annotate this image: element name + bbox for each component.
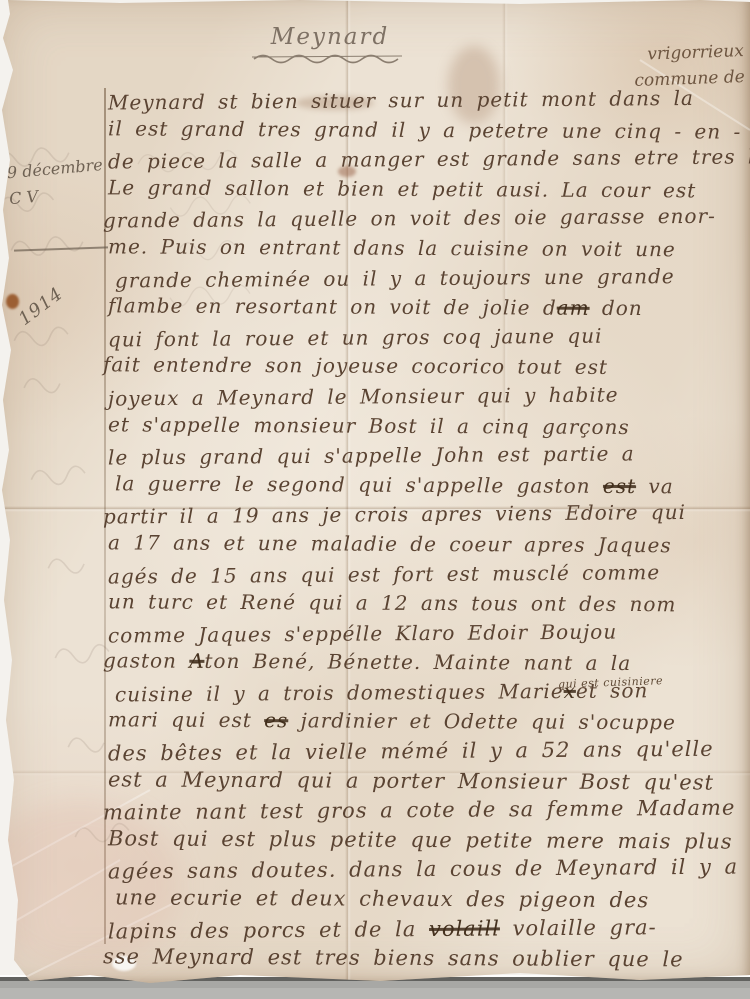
line-text: un turc et René qui a 12 ans tous ont de… [108, 589, 676, 616]
line-text: a 17 ans et une maladie de coeur apres J… [108, 530, 672, 557]
letter-body: Meynard st bien situer sur un petit mont… [108, 88, 748, 976]
line-text: Bost qui est plus petite que petite mere… [108, 826, 733, 853]
line-text: lapins des porcs et de la [108, 917, 429, 944]
line-text: le plus grand qui s'appelle John est par… [108, 442, 635, 470]
letter-line: des bêtes et la vielle mémé il y a 52 an… [108, 737, 748, 772]
line-text: des bêtes et la vielle mémé il y a 52 an… [108, 737, 714, 766]
letter-line: grande dans la quelle on voit des oie ga… [103, 204, 748, 239]
letter-line: a 17 ans et une maladie de coeur apres J… [108, 530, 748, 563]
letter-line: agées sans doutes. dans la cous de Meyna… [108, 855, 748, 890]
letter-line: grande cheminée ou il y a toujours une g… [115, 263, 748, 298]
letter-line: Meynard st bien situer sur un petit mont… [108, 85, 748, 120]
letter-line: le plus grand qui s'appelle John est par… [108, 441, 748, 476]
letter-line: qui font la roue et un gros coq jaune qu… [108, 322, 748, 357]
letter-line: fait entendre son joyeuse cocorico tout … [103, 353, 748, 386]
line-text: est a Meynard qui a porter Monsieur Bost… [108, 767, 714, 794]
line-text: joyeux a Meynard le Monsieur qui y habit… [108, 382, 619, 410]
letter-line: me. Puis on entrant dans la cuisine on v… [108, 234, 748, 267]
letter-line: de piece la salle a manger est grande sa… [108, 145, 748, 180]
letter-line: flambe en resortant on voit de jolie dam… [108, 293, 748, 326]
line-text: de piece la salle a manger est grande sa… [108, 144, 750, 173]
title-underline-squiggle [252, 52, 408, 64]
line-text: ton Bené, Bénette. Mainte nant a la [204, 649, 631, 675]
rust-spot [6, 294, 19, 309]
margin-date-note: 9 décembre C V [6, 152, 108, 212]
letter-line: partir il a 19 ans je crois apres viens … [103, 500, 748, 535]
struck-word: volaill [429, 916, 500, 941]
line-text: mainte nant test gros a cote de sa femme… [103, 796, 736, 825]
letter-line: il est grand tres grand il y a petetre u… [108, 116, 748, 149]
letter-line: lapins des porcs et de la volaill volail… [108, 914, 748, 949]
line-text: agés de 15 ans qui est fort est musclé c… [108, 560, 660, 588]
line-text: cuisine il y a trois domestiques Marie [115, 679, 564, 707]
letter-line: cuisine il y a trois domestiques Mariexe… [115, 677, 748, 712]
struck-word: est [603, 474, 636, 498]
line-text: Meynard st bien situer sur un petit mont… [108, 86, 694, 115]
line-text: volaille gra- [500, 915, 657, 940]
line-text: une ecurie et deux chevaux des pigeon de… [115, 885, 649, 912]
letter-line: sse Meynard est tres biens sans oublier … [103, 945, 748, 978]
letter-line: agés de 15 ans qui est fort est musclé c… [108, 559, 748, 594]
letter-title: Meynard [238, 24, 422, 50]
line-text: fait entendre son joyeuse cocorico tout … [103, 353, 608, 380]
letter-line: un turc et René qui a 12 ans tous ont de… [108, 589, 748, 622]
line-text: me. Puis on entrant dans la cuisine on v… [108, 234, 676, 261]
letter-line: mainte nant test gros a cote de sa femme… [103, 796, 748, 831]
letter-line: joyeux a Meynard le Monsieur qui y habit… [108, 381, 748, 416]
line-text: partir il a 19 ans je crois apres viens … [103, 500, 686, 529]
line-text: la guerre le segond qui s'appelle gaston [115, 471, 603, 498]
line-text: il est grand tres grand il y a petetre u… [108, 116, 750, 144]
line-text: comme Jaques s'eppélle Klaro Edoir Boujo… [108, 619, 617, 647]
letter-line: est a Meynard qui a porter Monsieur Bost… [108, 767, 748, 800]
struck-word: es [264, 709, 288, 733]
letter-line: Le grand sallon et bien et petit ausi. L… [108, 175, 748, 208]
line-text: agées sans doutes. dans la cous de Meyna… [108, 855, 738, 884]
line-text: va [636, 474, 674, 498]
line-text: gaston [103, 649, 189, 673]
line-text: grande dans la quelle on voit des oie ga… [103, 204, 716, 233]
struck-word: x [564, 679, 576, 703]
struck-word: A [189, 649, 204, 673]
letter-line: une ecurie et deux chevaux des pigeon de… [115, 885, 748, 918]
line-text: sse Meynard est tres biens sans oublier … [103, 945, 684, 972]
corner-annotation-line1: vrigorrieux [633, 38, 744, 68]
line-text: jardinier et Odette qui s'ocuppe [288, 709, 676, 735]
line-text: don [590, 296, 643, 320]
line-text: et s'appelle monsieur Bost il a cinq gar… [108, 412, 630, 439]
margin-year-note: 1914 [15, 283, 67, 330]
margin-underline-mark [14, 246, 108, 251]
letter-line: gaston Aton Bené, Bénette. Mainte nant a… [103, 649, 748, 682]
line-text: grande cheminée ou il y a toujours une g… [115, 264, 675, 292]
letter-line: la guerre le segond qui s'appelle gaston… [115, 471, 748, 504]
scanned-letter-photo: Meynard vrigorrieux commune de 9 décembr… [0, 0, 750, 999]
letter-line: et s'appelle monsieur Bost il a cinq gar… [108, 412, 748, 445]
line-text: qui font la roue et un gros coq jaune qu… [108, 323, 603, 351]
letter-line: mari qui est es jardinier et Odette qui … [108, 708, 748, 741]
line-text: et son [576, 678, 649, 703]
line-text: mari qui est [108, 708, 264, 733]
struck-word: am [557, 296, 590, 320]
letter-paper: Meynard vrigorrieux commune de 9 décembr… [0, 0, 750, 984]
line-text: flambe en resortant on voit de jolie d [108, 293, 557, 319]
line-text: Le grand sallon et bien et petit ausi. L… [108, 175, 696, 202]
letter-line: Bost qui est plus petite que petite mere… [108, 826, 748, 859]
letter-line: comme Jaques s'eppélle Klaro Edoir Boujo… [108, 618, 748, 653]
